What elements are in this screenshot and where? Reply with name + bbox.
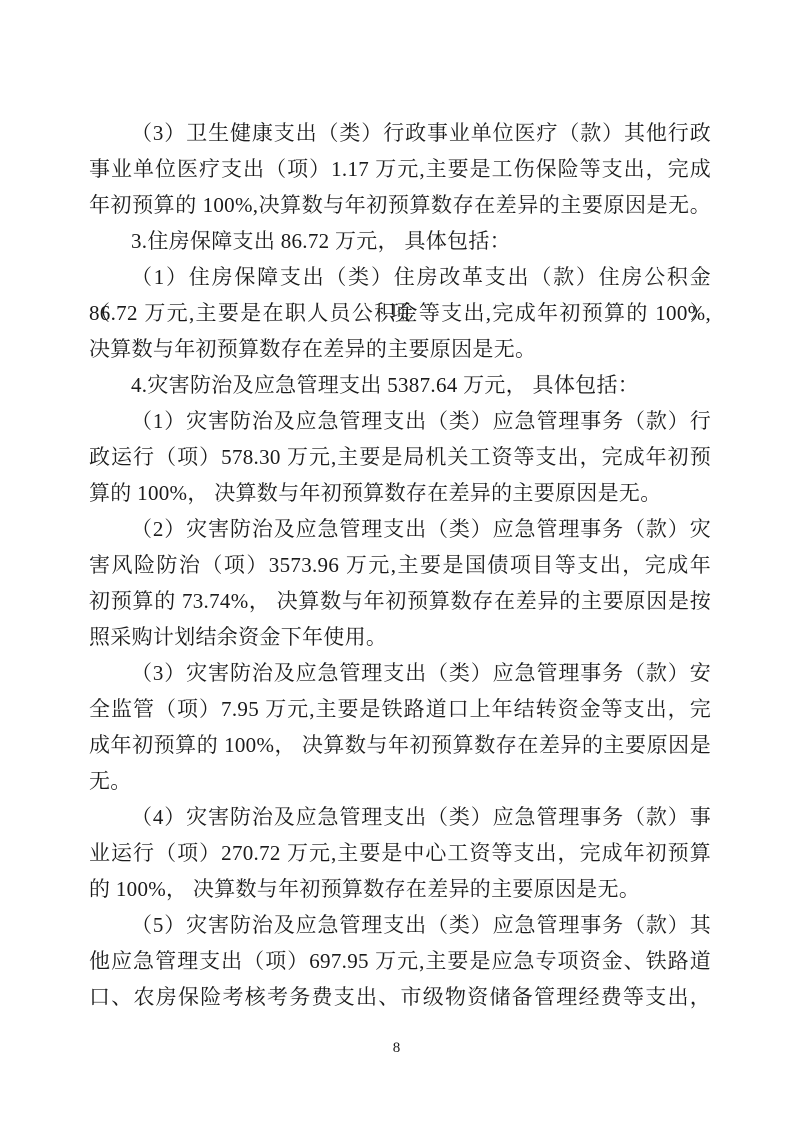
- document-page: （3）卫生健康支出（类）行政事业单位医疗（款）其他行政 事业单位医疗支出（项）1…: [0, 0, 793, 1122]
- document-line: （5）灾害防治及应急管理支出（类）应急管理事务（款）其: [89, 907, 711, 943]
- document-line: （3）卫生健康支出（类）行政事业单位医疗（款）其他行政: [89, 115, 711, 151]
- document-line: （2）灾害防治及应急管理支出（类）应急管理事务（款）灾: [89, 511, 711, 547]
- document-line: 决算数与年初预算数存在差异的主要原因是无。: [89, 331, 711, 367]
- paragraph-disaster-management-item-3: （3）灾害防治及应急管理支出（类）应急管理事务（款）安 全监管（项）7.95 万…: [89, 655, 711, 799]
- document-line: 的 100%， 决算数与年初预算数存在差异的主要原因是无。: [89, 871, 711, 907]
- paragraph-housing-security-summary: 3.住房保障支出 86.72 万元， 具体包括：: [89, 223, 711, 259]
- paragraph-disaster-management-item-4: （4）灾害防治及应急管理支出（类）应急管理事务（款）事 业运行（项）270.72…: [89, 799, 711, 907]
- page-number: 8: [0, 1036, 793, 1060]
- document-line: （4）灾害防治及应急管理支出（类）应急管理事务（款）事: [89, 799, 711, 835]
- paragraph-disaster-management-summary: 4.灾害防治及应急管理支出 5387.64 万元， 具体包括：: [89, 367, 711, 403]
- document-line: 政运行（项）578.30 万元,主要是局机关工资等支出，完成年初预: [89, 439, 711, 475]
- document-line: 害风险防治（项）3573.96 万元,主要是国债项目等支出，完成年: [89, 547, 711, 583]
- document-line: 4.灾害防治及应急管理支出 5387.64 万元， 具体包括：: [89, 367, 711, 403]
- document-line: 口、农房保险考核考务费支出、市级物资储备管理经费等支出，: [89, 979, 711, 1015]
- paragraph-housing-security-item-1: （1）住房保障支出（类）住房改革支出（款）住房公积金（项） 86.72 万元,主…: [89, 259, 711, 367]
- document-line: 照采购计划结余资金下年使用。: [89, 619, 711, 655]
- document-line: 全监管（项）7.95 万元,主要是铁路道口上年结转资金等支出，完: [89, 691, 711, 727]
- document-line: （1）灾害防治及应急管理支出（类）应急管理事务（款）行: [89, 403, 711, 439]
- document-line: 算的 100%， 决算数与年初预算数存在差异的主要原因是无。: [89, 475, 711, 511]
- document-line: 业运行（项）270.72 万元,主要是中心工资等支出，完成年初预算: [89, 835, 711, 871]
- document-line: （3）灾害防治及应急管理支出（类）应急管理事务（款）安: [89, 655, 711, 691]
- paragraph-disaster-management-item-2: （2）灾害防治及应急管理支出（类）应急管理事务（款）灾 害风险防治（项）3573…: [89, 511, 711, 655]
- document-line: 他应急管理支出（项）697.95 万元,主要是应急专项资金、铁路道: [89, 943, 711, 979]
- document-body: （3）卫生健康支出（类）行政事业单位医疗（款）其他行政 事业单位医疗支出（项）1…: [89, 115, 711, 1015]
- document-line: 86.72 万元,主要是在职人员公积金等支出,完成年初预算的 100%,: [89, 295, 711, 331]
- paragraph-disaster-management-item-5: （5）灾害防治及应急管理支出（类）应急管理事务（款）其 他应急管理支出（项）69…: [89, 907, 711, 1015]
- document-line: 初预算的 73.74%， 决算数与年初预算数存在差异的主要原因是按: [89, 583, 711, 619]
- document-line: 事业单位医疗支出（项）1.17 万元,主要是工伤保险等支出，完成: [89, 151, 711, 187]
- document-line: 成年初预算的 100%， 决算数与年初预算数存在差异的主要原因是: [89, 727, 711, 763]
- document-line: （1）住房保障支出（类）住房改革支出（款）住房公积金（项）: [89, 259, 711, 295]
- document-line: 3.住房保障支出 86.72 万元， 具体包括：: [89, 223, 711, 259]
- paragraph-health-expenditure-item-3: （3）卫生健康支出（类）行政事业单位医疗（款）其他行政 事业单位医疗支出（项）1…: [89, 115, 711, 223]
- paragraph-disaster-management-item-1: （1）灾害防治及应急管理支出（类）应急管理事务（款）行 政运行（项）578.30…: [89, 403, 711, 511]
- document-line: 无。: [89, 763, 711, 799]
- document-line: 年初预算的 100%,决算数与年初预算数存在差异的主要原因是无。: [89, 187, 711, 223]
